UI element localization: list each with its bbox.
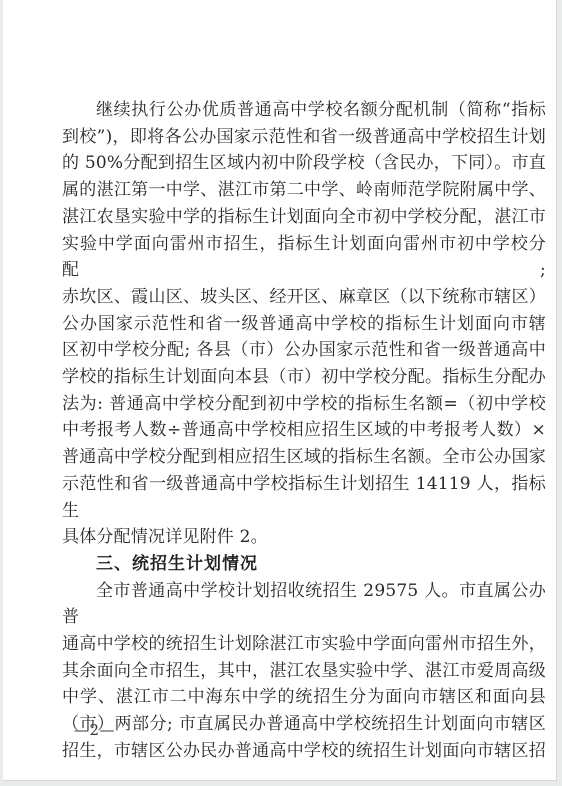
text-line: 湛江农垦实验中学的指标生计划面向全市初中学校分配，湛江市	[62, 204, 546, 231]
text-line: 全市普通高中学校计划招收统招生 29575 人。市直属公办普	[62, 578, 546, 631]
section-heading: 三、统招生计划情况	[62, 551, 546, 578]
text-line: 具体分配情况详见附件 2。	[62, 524, 546, 551]
text-line: 通高中学校的统招生计划除湛江市实验中学面向雷州市招生外，	[62, 631, 546, 658]
text-line: 属的湛江第一中学、湛江市第二中学、岭南师范学院附属中学、	[62, 177, 546, 204]
page-number: —2—	[74, 721, 115, 739]
text-line: 的 50%分配到招生区域内初中阶段学校（含民办，下同）。市直	[62, 150, 546, 177]
text-line: （市）两部分; 市直属民办普通高中学校统招生计划面向市辖区	[62, 711, 546, 738]
text-line: 招生，市辖区公办民办普通高中学校的统招生计划面向市辖区招	[62, 738, 546, 765]
text-line: 中学、湛江市二中海东中学的统招生分为面向市辖区和面向县	[62, 684, 546, 711]
document-body: 继续执行公办优质普通高中学校名额分配机制（简称“指标 到校”)，即将各公办国家示…	[62, 97, 546, 765]
document-page: 继续执行公办优质普通高中学校名额分配机制（简称“指标 到校”)，即将各公办国家示…	[3, 0, 557, 781]
text-line: 公办国家示范性和省一级普通高中学校的指标生计划面向市辖	[62, 311, 546, 338]
text-line: 其余面向全市招生，其中，湛江农垦实验中学、湛江市爱周高级	[62, 658, 546, 685]
text-line: 区初中学校分配; 各县（市）公办国家示范性和省一级普通高中	[62, 337, 546, 364]
text-line: 继续执行公办优质普通高中学校名额分配机制（简称“指标	[62, 97, 546, 124]
text-line: 学校的指标生计划面向本县（市）初中学校分配。指标生分配办	[62, 364, 546, 391]
text-line: 赤坎区、霞山区、坡头区、经开区、麻章区（以下统称市辖区）	[62, 284, 546, 311]
text-line: 中考报考人数÷普通高中学校相应招生区域的中考报考人数）×	[62, 417, 546, 444]
text-line: 到校”)，即将各公办国家示范性和省一级普通高中学校招生计划	[62, 124, 546, 151]
text-line: 示范性和省一级普通高中学校指标生计划招生 14119 人，指标生	[62, 471, 546, 524]
text-line: 法为: 普通高中学校分配到初中学校的指标生名额=（初中学校	[62, 391, 546, 418]
text-line: 实验中学面向雷州市招生，指标生计划面向雷州市初中学校分配;	[62, 231, 546, 284]
text-line: 普通高中学校分配到相应招生区域的指标生名额。全市公办国家	[62, 444, 546, 471]
paragraph-unified-enrollment: 全市普通高中学校计划招收统招生 29575 人。市直属公办普 通高中学校的统招生…	[62, 578, 546, 765]
paragraph-indicator-allocation: 继续执行公办优质普通高中学校名额分配机制（简称“指标 到校”)，即将各公办国家示…	[62, 97, 546, 551]
